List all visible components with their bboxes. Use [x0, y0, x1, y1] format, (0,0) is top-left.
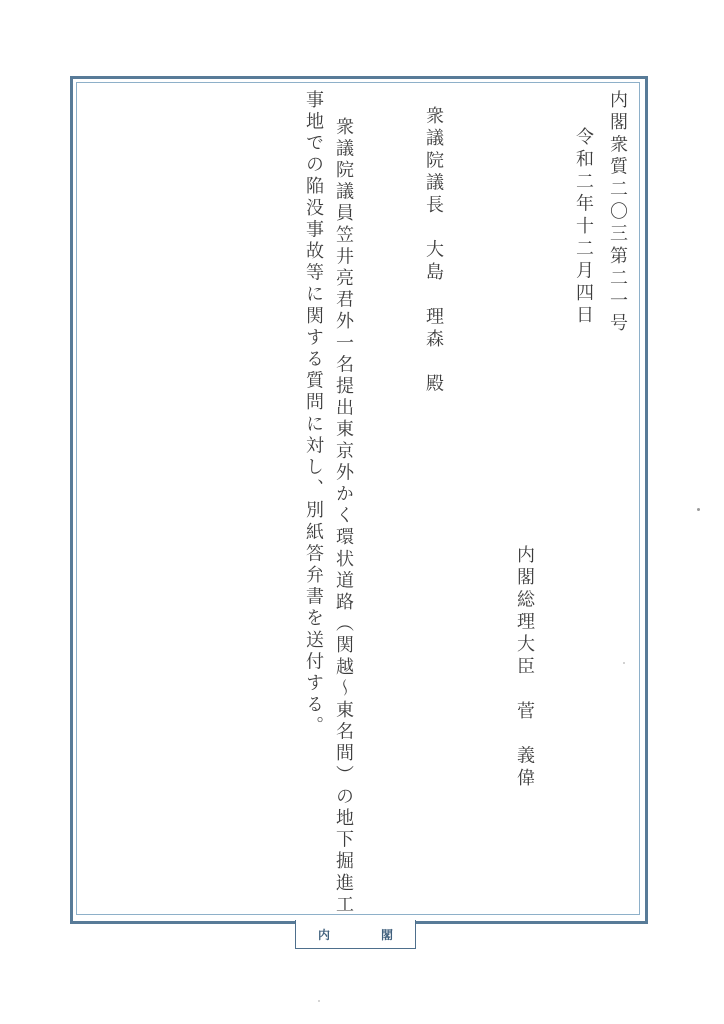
addressee: 衆議院議長 大島 理森 殿	[424, 106, 442, 396]
document-date: 令和二年十二月四日	[574, 127, 592, 328]
scan-speck	[623, 662, 625, 664]
scan-speck	[697, 508, 700, 511]
cabinet-stamp-box: 内 閣	[295, 920, 416, 949]
body-text-line-2: 事地での陥没事故等に関する質問に対し、別紙答弁書を送付する。	[304, 90, 322, 738]
sender-signature: 内閣総理大臣 菅 義偉	[515, 545, 533, 790]
document-frame-inner	[76, 82, 640, 915]
scan-speck	[318, 1000, 320, 1002]
reference-number: 内閣衆質二〇三第二一号	[608, 90, 626, 335]
stamp-label-right: 閣	[381, 926, 393, 943]
stamp-label-left: 内	[318, 926, 330, 943]
body-text-line-1: 衆議院議員笠井亮君外一名提出東京外かく環状道路（関越～東名間）の地下掘進工	[334, 117, 352, 916]
